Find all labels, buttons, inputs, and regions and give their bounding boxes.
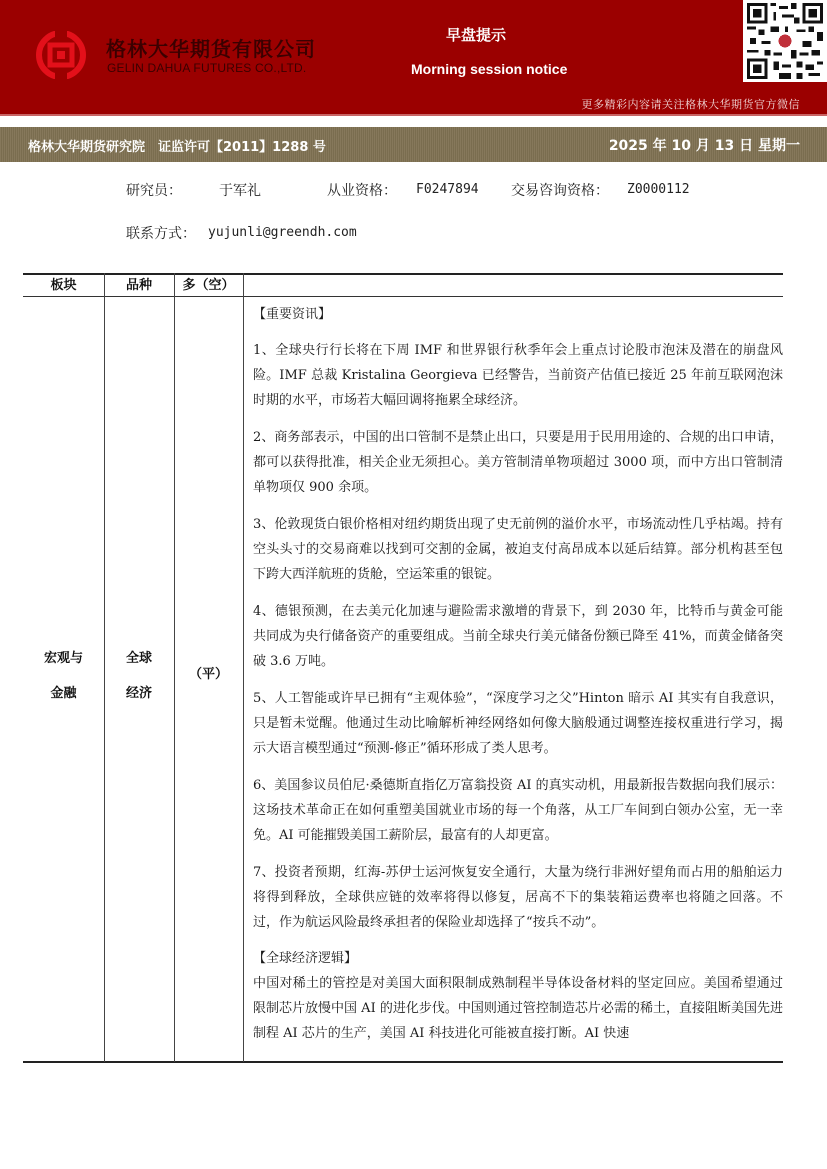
- contact-email[interactable]: yujunli@greendh.com: [208, 225, 357, 240]
- wechat-qr-code-icon: [743, 0, 827, 82]
- table-top-border: [23, 273, 783, 275]
- news-item: 4、德银预测，在去美元化加速与避险需求激增的背景下，到 2030 年，比特币与黄…: [253, 599, 783, 674]
- header-banner: 格林大华期货有限公司 GELIN DAHUA FUTURES CO.,LTD. …: [0, 0, 827, 115]
- report-title-cn: 早盘提示: [446, 24, 506, 45]
- qualification-number: F0247894: [416, 182, 479, 197]
- header-variety: 品种: [104, 276, 174, 296]
- researcher-name: 于军礼: [219, 180, 261, 200]
- consult-label: 交易咨询资格：: [511, 180, 609, 200]
- institute-strip: 格林大华期货研究院 证监许可【2011】1288 号 2025 年 10 月 1…: [0, 127, 827, 162]
- sector-line2: 金融: [23, 678, 104, 710]
- company-name-en: GELIN DAHUA FUTURES CO.,LTD.: [107, 61, 306, 75]
- report-title-en: Morning session notice: [411, 61, 567, 77]
- header-sector: 板块: [23, 276, 104, 296]
- news-item: 7、投资者预期，红海-苏伊士运河恢复安全通行，大量为绕行非洲好望角而占用的船舶运…: [253, 860, 783, 935]
- contact-label: 联系方式：: [126, 223, 196, 243]
- company-name-cn: 格林大华期货有限公司: [106, 33, 316, 62]
- logic-section-title: 【全球经济逻辑】: [253, 946, 783, 971]
- header-divider: [23, 296, 783, 297]
- commentary-cell: 【重要资讯】 1、全球央行行长将在下周 IMF 和世界银行秋季年会上重点讨论股市…: [253, 299, 783, 1046]
- header-direction: 多（空）: [174, 276, 243, 296]
- news-section-title: 【重要资讯】: [253, 302, 783, 327]
- report-date: 2025 年 10 月 13 日 星期一: [609, 135, 800, 155]
- sector-line1: 宏观与: [23, 643, 104, 675]
- news-item: 2、商务部表示，中国的出口管制不是禁止出口，只要是用于民用用途的、合规的出口申请…: [253, 425, 783, 500]
- banner-divider: [0, 114, 827, 116]
- strategy-table: 板块 品种 多（空） 宏观与 金融 全球 经济 （平） 【重要资讯】 1、全球央…: [23, 273, 783, 1063]
- wechat-follow-note: 更多精彩内容请关注格林大华期货官方微信: [582, 96, 801, 112]
- qualification-label: 从业资格：: [327, 180, 397, 200]
- institute-license: 格林大华期货研究院 证监许可【2011】1288 号: [28, 136, 326, 155]
- variety-line1: 全球: [104, 643, 174, 675]
- news-item: 3、伦敦现货白银价格相对纽约期货出现了史无前例的溢价水平，市场流动性几乎枯竭。持…: [253, 512, 783, 587]
- consult-number: Z0000112: [627, 182, 690, 197]
- researcher-label: 研究员：: [126, 180, 182, 200]
- news-item: 6、美国参议员伯尼·桑德斯直指亿万富翁投资 AI 的真实动机，用最新报告数据向我…: [253, 773, 783, 848]
- table-bottom-border: [23, 1061, 783, 1063]
- company-logo-icon: [33, 31, 89, 79]
- news-item: 1、全球央行行长将在下周 IMF 和世界银行秋季年会上重点讨论股市泡沫及潜在的崩…: [253, 338, 783, 413]
- column-divider: [243, 273, 244, 1062]
- variety-line2: 经济: [104, 678, 174, 710]
- logic-body: 中国对稀土的管控是对美国大面积限制成熟制程半导体设备材料的坚定回应。美国希望通过…: [253, 971, 783, 1046]
- direction-value: （平）: [174, 659, 243, 691]
- news-item: 5、人工智能或许早已拥有“主观体验”，“深度学习之父”Hinton 暗示 AI …: [253, 686, 783, 761]
